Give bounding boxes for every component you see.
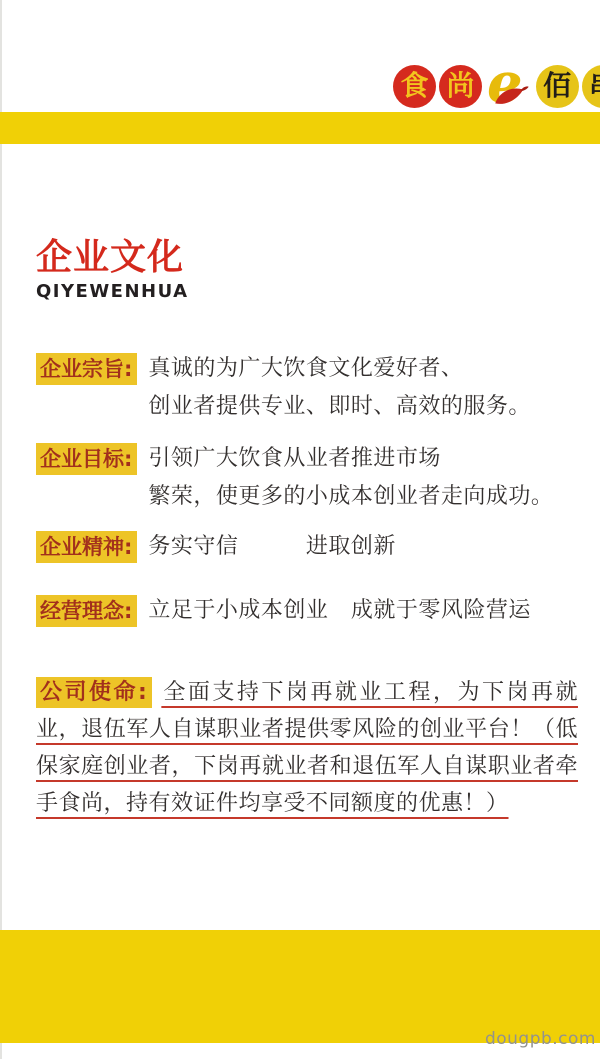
- section-text-line: 真诚的为广大饮食文化爱好者、: [148, 350, 531, 388]
- section-label-highlight: 企业精神:: [36, 531, 137, 563]
- chili-pepper-icon: [492, 83, 530, 109]
- section-label-highlight: 经营理念:: [36, 595, 137, 627]
- poster-page: 食 尚 e 佰 串 企业文化 QIYEWENHUA 企业宗旨: 真诚的为广大饮食…: [0, 0, 600, 1059]
- section-body: 真诚的为广大饮食文化爱好者、 创业者提供专业、即时、高效的服务。: [148, 350, 531, 426]
- section-text-line: 引领广大饮食从业者推进市场: [148, 440, 553, 478]
- title-block: 企业文化 QIYEWENHUA: [36, 238, 189, 302]
- section-label-highlight: 公司使命:: [36, 677, 152, 708]
- logo-char-chuan: 串: [582, 65, 600, 108]
- logo-char-bai: 佰: [536, 65, 579, 108]
- section-body: 立足于小成本创业 成就于零风险营运: [148, 592, 531, 630]
- section-text-line: 创业者提供专业、即时、高效的服务。: [148, 388, 531, 426]
- page-edge-line: [0, 0, 2, 1059]
- section-text-line: 务实守信 进取创新: [148, 528, 396, 566]
- section-label-highlight: 企业目标:: [36, 443, 137, 475]
- section-text-line: 繁荣，使更多的小成本创业者走向成功。: [148, 478, 553, 516]
- section-corporate-spirit: 企业精神: 务实守信 进取创新: [36, 528, 576, 566]
- section-body: 务实守信 进取创新: [148, 528, 396, 566]
- section-business-philosophy: 经营理念: 立足于小成本创业 成就于零风险营运: [36, 592, 576, 630]
- section-label-highlight: 企业宗旨:: [36, 353, 137, 385]
- logo-char-shi: 食: [393, 65, 436, 108]
- section-corporate-goal: 企业目标: 引领广大饮食从业者推进市场 繁荣，使更多的小成本创业者走向成功。: [36, 440, 576, 516]
- section-company-mission: 公司使命:全面支持下岗再就业工程，为下岗再就业，退伍军人自谋职业者提供零风险的创…: [36, 674, 578, 822]
- page-title-pinyin: QIYEWENHUA: [36, 281, 189, 302]
- section-body: 引领广大饮食从业者推进市场 繁荣，使更多的小成本创业者走向成功。: [148, 440, 553, 516]
- logo-char-shang: 尚: [439, 65, 482, 108]
- brand-logo: 食 尚 e 佰 串: [393, 63, 600, 109]
- section-text-line: 立足于小成本创业 成就于零风险营运: [148, 592, 531, 630]
- watermark-text: dougpb.com: [485, 1029, 596, 1049]
- top-divider-bar: [0, 112, 600, 144]
- bottom-footer-bar: [0, 930, 600, 1043]
- section-corporate-purpose: 企业宗旨: 真诚的为广大饮食文化爱好者、 创业者提供专业、即时、高效的服务。: [36, 350, 576, 426]
- page-title: 企业文化: [36, 238, 189, 278]
